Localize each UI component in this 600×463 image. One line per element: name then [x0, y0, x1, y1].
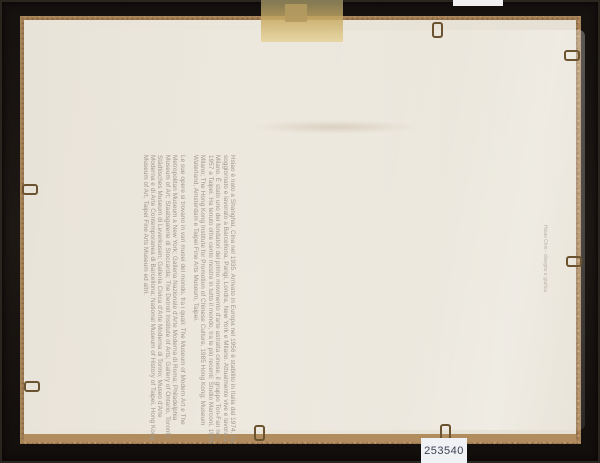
biography-paragraph-1: Hsiao è nato a Shanghai, Cina nel 1935. … — [192, 155, 236, 445]
frame-clip-right-top — [564, 50, 580, 61]
frame-clip-right-mid — [566, 256, 582, 267]
frame-edge-shading — [0, 0, 600, 463]
frame-clip-left-top — [22, 184, 38, 195]
top-label-strip — [453, 0, 503, 6]
frame-clip-left-bottom — [24, 381, 40, 392]
hanging-bracket — [285, 4, 307, 22]
biography-paragraph-2: Le sue opere si trovano in vari musei de… — [141, 155, 185, 445]
frame-clip-top — [432, 22, 443, 38]
printed-biography: Hsiao è nato a Shanghai, Cina nel 1935. … — [136, 155, 236, 445]
faint-side-note: Hsiao Chin - disegno e grafica — [542, 225, 548, 292]
frame-clip-bottom-left — [254, 425, 265, 441]
inventory-tag: 253540 — [421, 438, 467, 463]
